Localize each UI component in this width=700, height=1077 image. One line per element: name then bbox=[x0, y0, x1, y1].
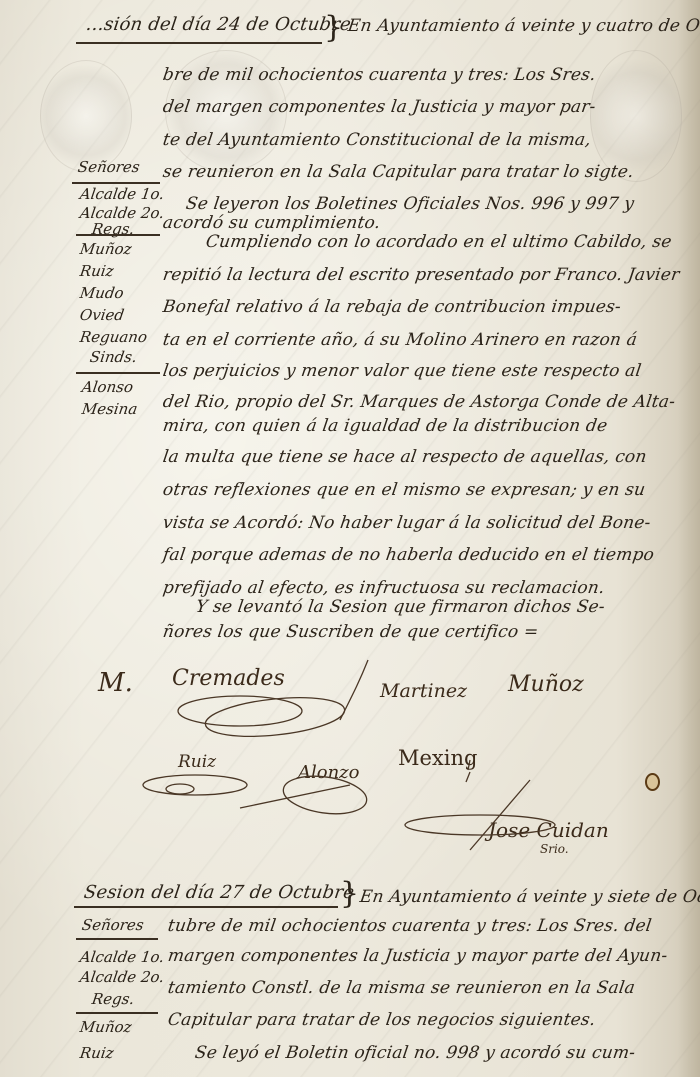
heading-underline bbox=[74, 906, 338, 908]
manuscript-page: …sión del día 24 de Octubre } En Ayuntam… bbox=[0, 0, 700, 1077]
margin-entry: Ruiz bbox=[79, 1044, 115, 1062]
text-line: Se leyó el Boletin oficial no. 998 y aco… bbox=[194, 1043, 637, 1063]
margin-entry: Alcalde 2o. bbox=[79, 968, 166, 986]
margin-entry: Alcalde 1o. bbox=[79, 948, 166, 966]
margin-entry: Muñoz bbox=[79, 1018, 133, 1036]
text-line: Capitular para tratar de los negocios si… bbox=[167, 1010, 597, 1030]
ink-stain-ring bbox=[645, 773, 660, 791]
text-line: En Ayuntamiento á veinte y siete de Oc- bbox=[359, 887, 700, 907]
margin-entry: Regs. bbox=[91, 990, 136, 1008]
text-line: margen componentes la Justicia y mayor p… bbox=[167, 946, 669, 966]
brace: } bbox=[340, 876, 359, 911]
text-line: tubre de mil ochocientos cuarenta y tres… bbox=[167, 916, 653, 936]
session-heading: Sesion del día 27 de Octubre bbox=[83, 882, 356, 903]
text-line: tamiento Constl. de la misma se reuniero… bbox=[167, 978, 637, 998]
margin-rule bbox=[76, 1012, 158, 1014]
margin-rule bbox=[76, 938, 158, 940]
margin-title: Señores bbox=[81, 916, 145, 934]
